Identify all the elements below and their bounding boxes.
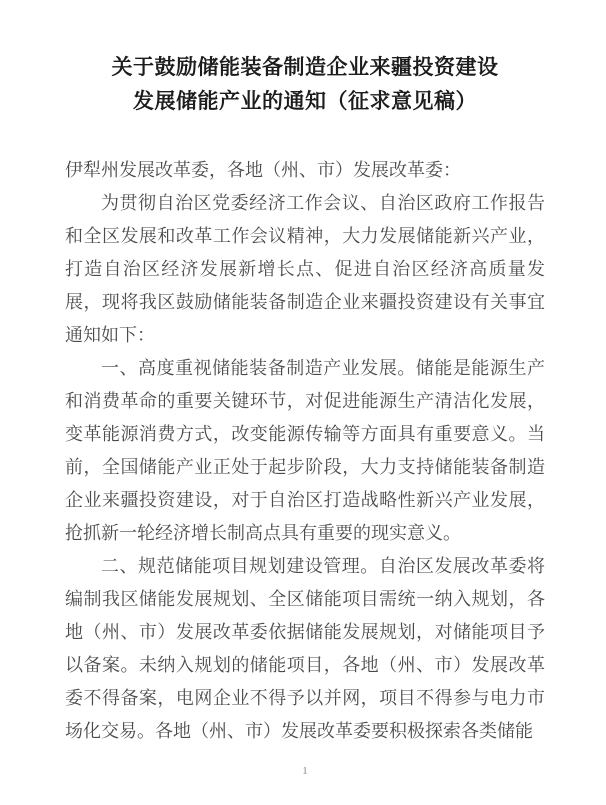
document-title-line-1: 关于鼓励储能装备制造企业来疆投资建设 — [65, 50, 545, 84]
document-title: 关于鼓励储能装备制造企业来疆投资建设 发展储能产业的通知（征求意见稿） — [65, 50, 545, 118]
salutation: 伊犁州发展改革委，各地（州、市）发展改革委： — [65, 154, 545, 187]
paragraph-item-1: 一、高度重视储能装备制造产业发展。储能是能源生产和消费革命的重要关键环节，对促进… — [65, 352, 545, 550]
document-body: 伊犁州发展改革委，各地（州、市）发展改革委： 为贯彻自治区党委经济工作会议、自治… — [65, 154, 545, 748]
paragraph-intro: 为贯彻自治区党委经济工作会议、自治区政府工作报告和全区发展和改革工作会议精神，大… — [65, 187, 545, 352]
paragraph-item-2: 二、规范储能项目规划建设管理。自治区发展改革委将编制我区储能发展规划、全区储能项… — [65, 550, 545, 748]
document-title-line-2: 发展储能产业的通知（征求意见稿） — [65, 84, 545, 118]
document-page: 关于鼓励储能装备制造企业来疆投资建设 发展储能产业的通知（征求意见稿） 伊犁州发… — [0, 0, 606, 805]
page-number: 1 — [65, 765, 545, 777]
